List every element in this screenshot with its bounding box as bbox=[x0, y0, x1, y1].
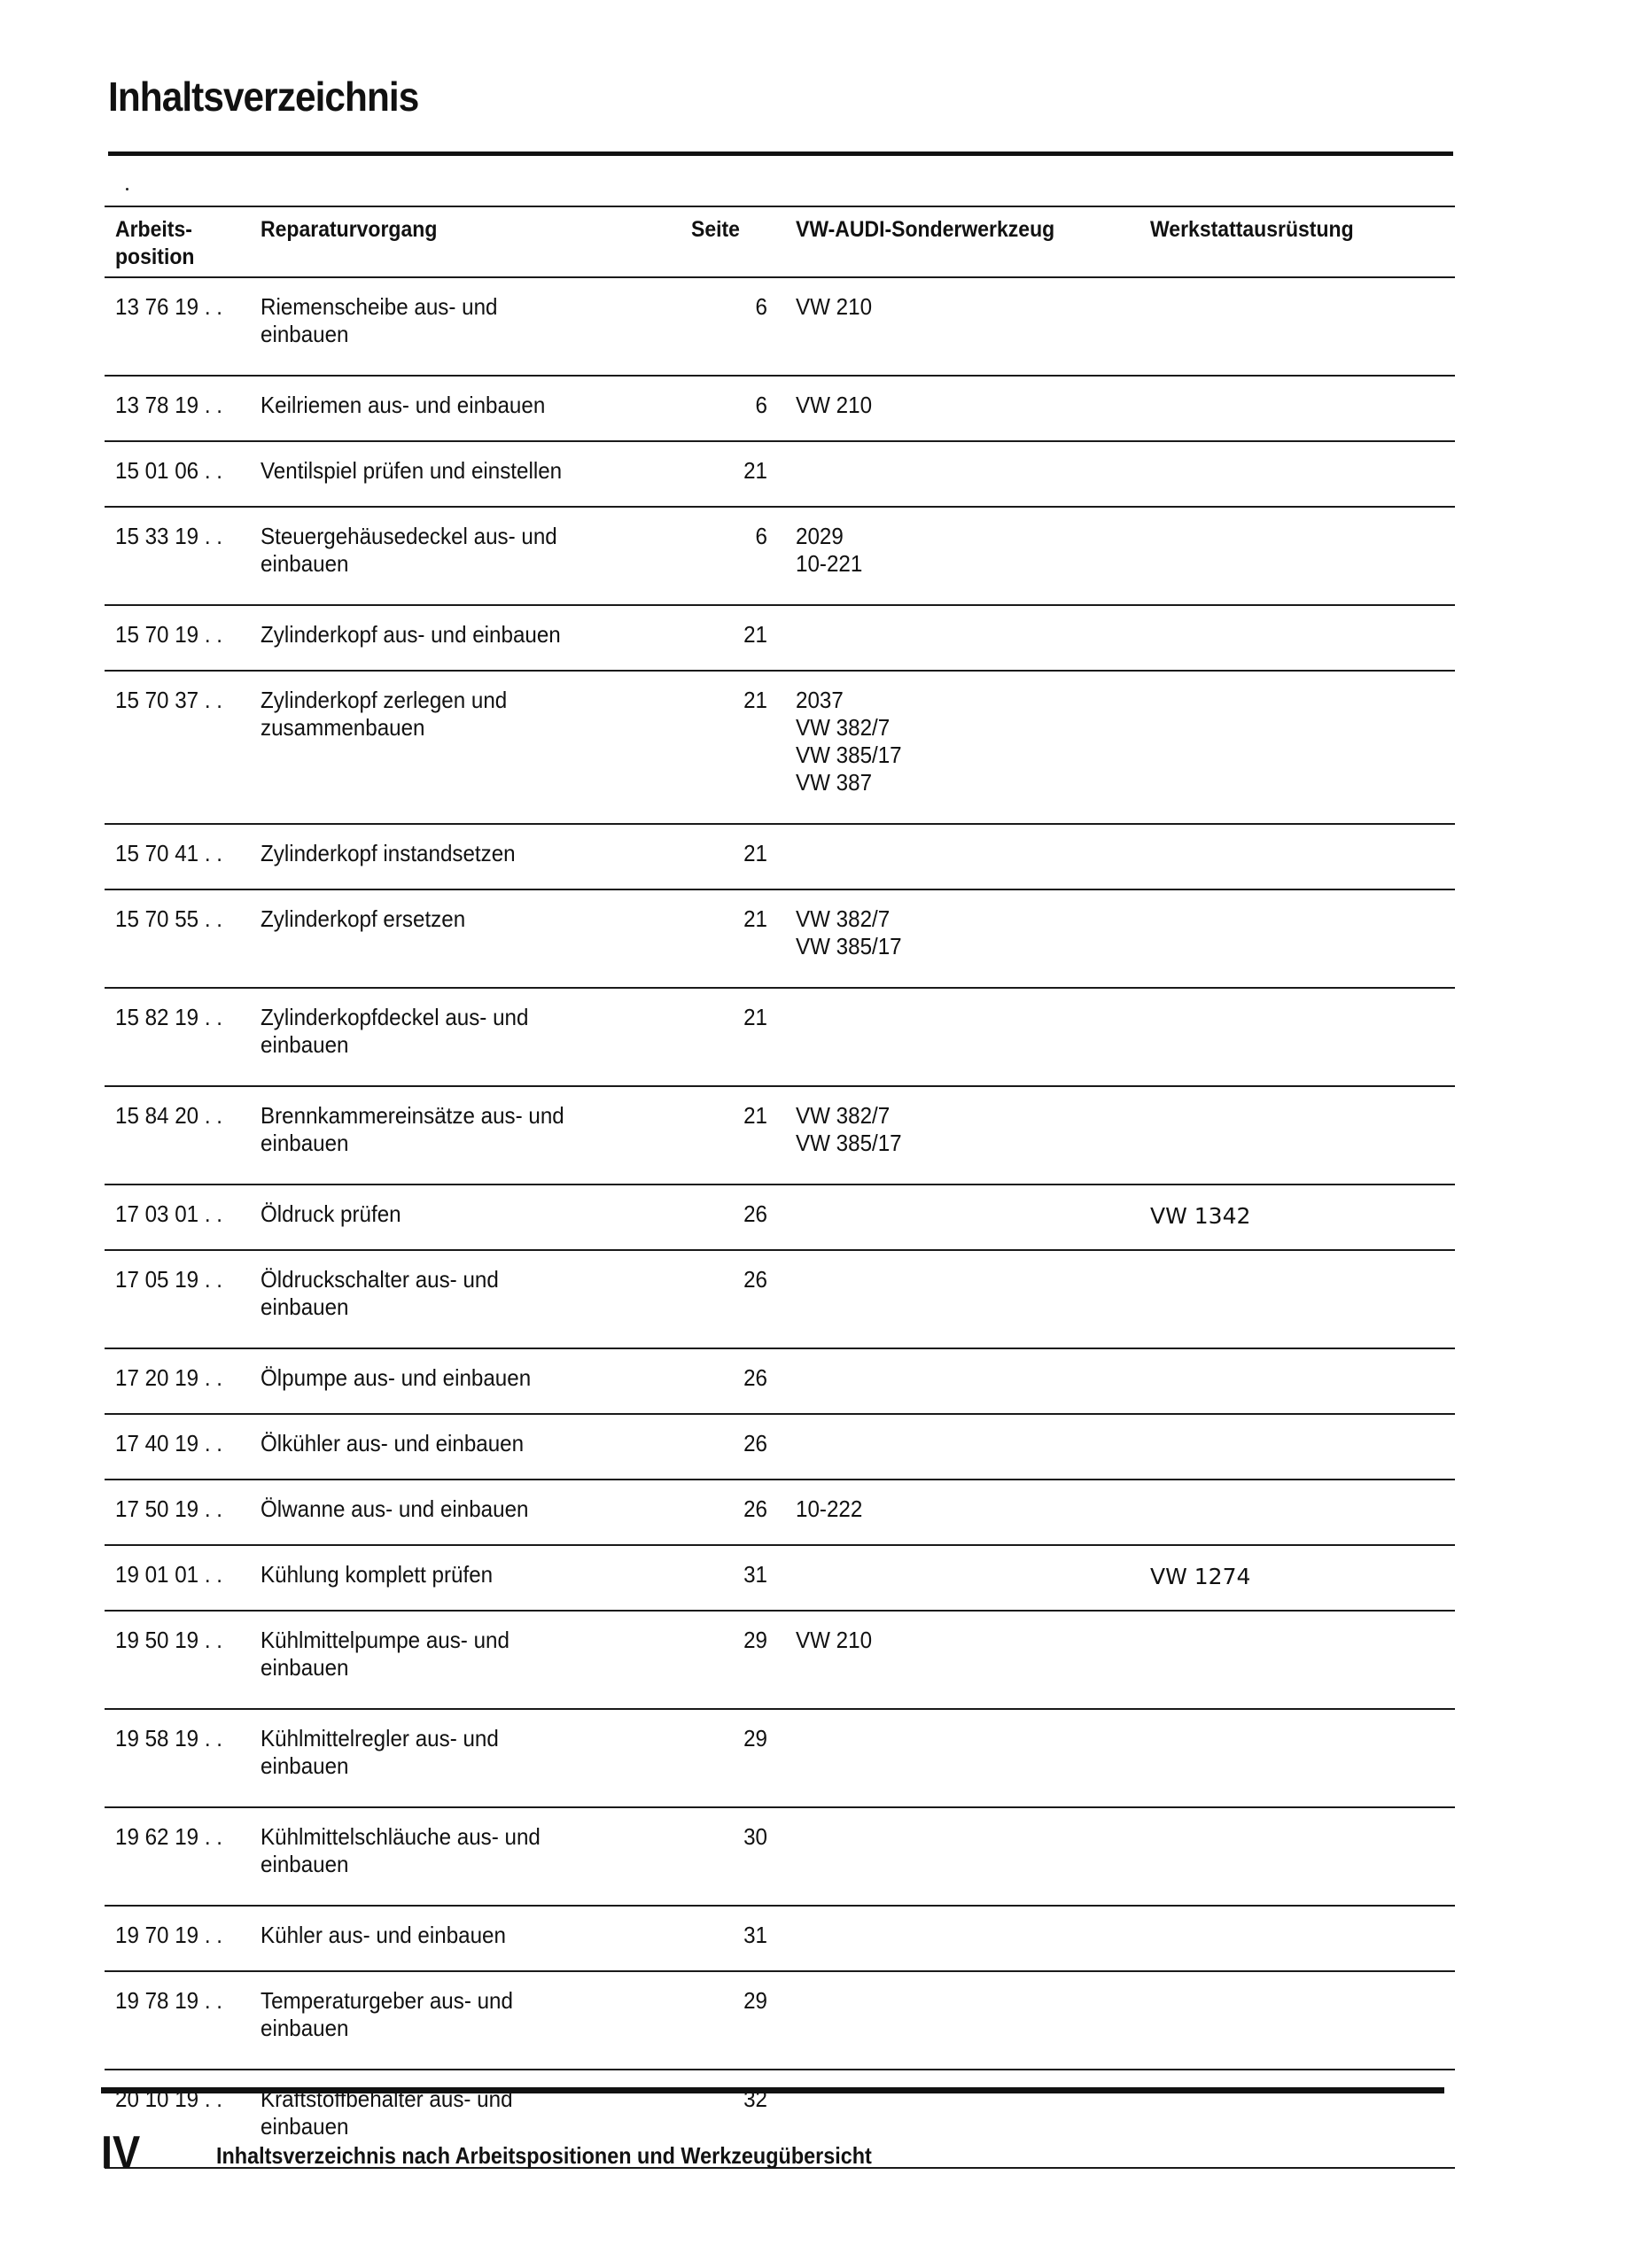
row-position: 15 70 55 . . bbox=[115, 905, 239, 933]
row-position: 13 76 19 . . bbox=[115, 293, 239, 321]
row-procedure: Ölpumpe aus- und einbauen bbox=[261, 1364, 689, 1392]
row-position: 15 70 37 . . bbox=[115, 687, 239, 714]
row-position: 17 50 19 . . bbox=[115, 1495, 239, 1523]
table-row: 15 70 19 . .Zylinderkopf aus- und einbau… bbox=[105, 604, 1455, 670]
table-row: 19 50 19 . .Kühlmittelpumpe aus- und ein… bbox=[105, 1610, 1455, 1708]
row-page: 21 bbox=[702, 621, 767, 649]
row-position: 17 20 19 . . bbox=[115, 1364, 239, 1392]
row-procedure: Brennkammereinsätze aus- und einbauen bbox=[261, 1102, 689, 1157]
row-position: 17 03 01 . . bbox=[115, 1200, 239, 1228]
row-page: 21 bbox=[702, 1004, 767, 1031]
row-procedure: Kühlmittelschläuche aus- und einbauen bbox=[261, 1823, 689, 1878]
table-row: 15 70 55 . .Zylinderkopf ersetzen21VW 38… bbox=[105, 889, 1455, 987]
print-speck bbox=[126, 188, 128, 190]
table-row: 19 78 19 . .Temperaturgeber aus- und ein… bbox=[105, 1970, 1455, 2069]
row-procedure: Kraftstoffbehälter aus- und einbauen bbox=[261, 2085, 689, 2140]
bottom-rule bbox=[101, 2087, 1444, 2093]
row-page: 21 bbox=[702, 457, 767, 485]
header-page: Seite bbox=[691, 216, 757, 244]
row-page: 29 bbox=[702, 1627, 767, 1654]
row-procedure: Öldruckschalter aus- und einbauen bbox=[261, 1266, 689, 1321]
row-position: 19 78 19 . . bbox=[115, 1987, 239, 2015]
table-row: 19 62 19 . .Kühlmittelschläuche aus- und… bbox=[105, 1806, 1455, 1905]
header-position: Arbeits- position bbox=[115, 216, 237, 271]
table-row: 17 20 19 . .Ölpumpe aus- und einbauen26 bbox=[105, 1348, 1455, 1413]
row-position: 15 70 41 . . bbox=[115, 840, 239, 867]
table-row: 17 05 19 . .Öldruckschalter aus- und ein… bbox=[105, 1249, 1455, 1348]
row-page: 31 bbox=[702, 1561, 767, 1588]
row-page: 26 bbox=[702, 1266, 767, 1293]
table-row: 17 03 01 . .Öldruck prüfen26VW 1342 bbox=[105, 1184, 1455, 1249]
row-page: 29 bbox=[702, 1987, 767, 2015]
row-special-tools: VW 382/7 VW 385/17 bbox=[796, 1102, 1085, 1157]
section-number: IV bbox=[101, 2126, 140, 2179]
row-procedure: Steuergehäusedeckel aus- und einbauen bbox=[261, 523, 689, 578]
toc-table: Arbeits- position Reparaturvorgang Seite… bbox=[105, 206, 1455, 2169]
table-row: 15 70 37 . .Zylinderkopf zerlegen und zu… bbox=[105, 670, 1455, 823]
table-row: 15 70 41 . .Zylinderkopf instandsetzen21 bbox=[105, 823, 1455, 889]
row-page: 21 bbox=[702, 1102, 767, 1130]
row-special-tools: 10-222 bbox=[796, 1495, 1085, 1523]
row-procedure: Zylinderkopf instandsetzen bbox=[261, 840, 689, 867]
table-row: 19 58 19 . .Kühlmittelregler aus- und ei… bbox=[105, 1708, 1455, 1806]
row-page: 26 bbox=[702, 1200, 767, 1228]
row-page: 6 bbox=[702, 392, 767, 419]
row-procedure: Kühlmittelregler aus- und einbauen bbox=[261, 1725, 689, 1780]
row-page: 6 bbox=[702, 293, 767, 321]
row-special-tools: 2029 10-221 bbox=[796, 523, 1085, 578]
row-page: 30 bbox=[702, 1823, 767, 1851]
table-row: 15 01 06 . .Ventilspiel prüfen und einst… bbox=[105, 440, 1455, 506]
row-page: 21 bbox=[702, 840, 767, 867]
row-procedure: Zylinderkopfdeckel aus- und einbauen bbox=[261, 1004, 689, 1059]
row-page: 26 bbox=[702, 1364, 767, 1392]
row-procedure: Zylinderkopf aus- und einbauen bbox=[261, 621, 689, 649]
row-special-tools: VW 210 bbox=[796, 392, 1085, 419]
footer-caption: Inhaltsverzeichnis nach Arbeitspositione… bbox=[216, 2142, 872, 2170]
row-position: 15 82 19 . . bbox=[115, 1004, 239, 1031]
row-page: 29 bbox=[702, 1725, 767, 1752]
header-procedure: Reparaturvorgang bbox=[261, 216, 684, 244]
table-header: Arbeits- position Reparaturvorgang Seite… bbox=[105, 206, 1455, 276]
row-position: 17 40 19 . . bbox=[115, 1430, 239, 1457]
row-special-tools: VW 382/7 VW 385/17 bbox=[796, 905, 1085, 960]
row-page: 6 bbox=[702, 523, 767, 550]
row-procedure: Zylinderkopf zerlegen und zusammenbauen bbox=[261, 687, 689, 742]
row-procedure: Kühler aus- und einbauen bbox=[261, 1922, 689, 1949]
row-position: 19 01 01 . . bbox=[115, 1561, 239, 1588]
row-position: 19 58 19 . . bbox=[115, 1725, 239, 1752]
row-page: 21 bbox=[702, 905, 767, 933]
row-position: 19 70 19 . . bbox=[115, 1922, 239, 1949]
row-position: 15 70 19 . . bbox=[115, 621, 239, 649]
table-row: 17 50 19 . .Ölwanne aus- und einbauen261… bbox=[105, 1479, 1455, 1544]
row-procedure: Temperaturgeber aus- und einbauen bbox=[261, 1987, 689, 2042]
row-position: 15 84 20 . . bbox=[115, 1102, 239, 1130]
table-row: 15 82 19 . .Zylinderkopfdeckel aus- und … bbox=[105, 987, 1455, 1085]
table-row: 15 84 20 . .Brennkammereinsätze aus- und… bbox=[105, 1085, 1455, 1184]
header-workshop-equipment: Werkstattausrüstung bbox=[1150, 216, 1411, 244]
row-procedure: Ventilspiel prüfen und einstellen bbox=[261, 457, 689, 485]
row-workshop-equipment: VW 1342 bbox=[1150, 1202, 1434, 1230]
row-procedure: Zylinderkopf ersetzen bbox=[261, 905, 689, 933]
row-special-tools: VW 210 bbox=[796, 293, 1085, 321]
table-row: 13 78 19 . .Keilriemen aus- und einbauen… bbox=[105, 375, 1455, 440]
row-page: 21 bbox=[702, 687, 767, 714]
row-procedure: Riemenscheibe aus- und einbauen bbox=[261, 293, 689, 348]
table-row: 19 70 19 . .Kühler aus- und einbauen31 bbox=[105, 1905, 1455, 1970]
row-position: 19 50 19 . . bbox=[115, 1627, 239, 1654]
row-procedure: Kühlung komplett prüfen bbox=[261, 1561, 689, 1588]
row-procedure: Ölwanne aus- und einbauen bbox=[261, 1495, 689, 1523]
row-special-tools: VW 210 bbox=[796, 1627, 1085, 1654]
row-procedure: Ölkühler aus- und einbauen bbox=[261, 1430, 689, 1457]
row-position: 13 78 19 . . bbox=[115, 392, 239, 419]
row-procedure: Öldruck prüfen bbox=[261, 1200, 689, 1228]
row-position: 19 62 19 . . bbox=[115, 1823, 239, 1851]
table-body: 13 76 19 . .Riemenscheibe aus- und einba… bbox=[105, 276, 1455, 2169]
row-page: 26 bbox=[702, 1430, 767, 1457]
row-position: 17 05 19 . . bbox=[115, 1266, 239, 1293]
row-procedure: Kühlmittelpumpe aus- und einbauen bbox=[261, 1627, 689, 1682]
row-special-tools: 2037 VW 382/7 VW 385/17 VW 387 bbox=[796, 687, 1085, 796]
row-procedure: Keilriemen aus- und einbauen bbox=[261, 392, 689, 419]
table-row: 13 76 19 . .Riemenscheibe aus- und einba… bbox=[105, 276, 1455, 375]
row-page: 26 bbox=[702, 1495, 767, 1523]
row-position: 15 33 19 . . bbox=[115, 523, 239, 550]
table-row: 19 01 01 . .Kühlung komplett prüfen31VW … bbox=[105, 1544, 1455, 1610]
table-row: 17 40 19 . .Ölkühler aus- und einbauen26 bbox=[105, 1413, 1455, 1479]
header-special-tools: VW-AUDI-Sonderwerkzeug bbox=[796, 216, 1081, 244]
row-position: 15 01 06 . . bbox=[115, 457, 239, 485]
row-workshop-equipment: VW 1274 bbox=[1150, 1563, 1434, 1590]
page-title: Inhaltsverzeichnis bbox=[108, 73, 418, 120]
top-rule bbox=[108, 151, 1453, 156]
row-page: 31 bbox=[702, 1922, 767, 1949]
table-row: 15 33 19 . .Steuergehäusedeckel aus- und… bbox=[105, 506, 1455, 604]
